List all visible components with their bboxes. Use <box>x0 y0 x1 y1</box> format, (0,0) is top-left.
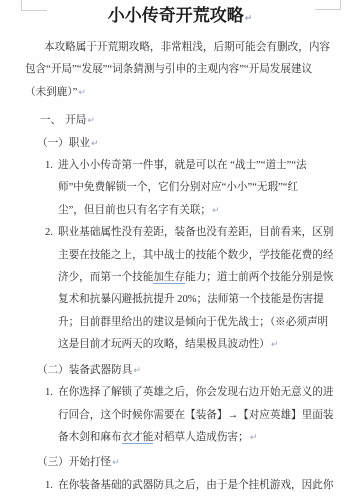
li-block: 2.职业基础属性没有差距，装备也没有差距，目前看来，区别主要在技能之上，其中战士… <box>25 222 360 356</box>
text-line: 在你选择了解锁了英雄之后，你会发现右边开始无意义的进 <box>58 382 360 404</box>
text-line: 在你装备基础的武器防具之后，由于是个挂机游戏，因此你 <box>58 475 360 497</box>
pilcrow-mark: ↵ <box>133 366 141 376</box>
pilcrow-mark: ↵ <box>250 433 258 443</box>
text-line: 济少，而第一个技能加生存能力；道士前两个技能分别是恢 <box>58 267 360 289</box>
pilcrow-mark: ↵ <box>112 458 120 468</box>
text-run: 进入小小传奇第一件事，就是可以在 “战士”“道士”“法 <box>58 160 307 171</box>
heading-text: 开局 <box>65 115 86 126</box>
text-line: 行回合，这个时候你需要在【装备】→【对应英雄】里面装 <box>58 405 360 427</box>
text-run: 在你选择了解锁了英雄之后，你会发现右边开始无意义的进 <box>58 387 333 398</box>
li-block: 1.在你选择了解锁了英雄之后，你会发现右边开始无意义的进行回合，这个时候你需要在… <box>25 382 360 449</box>
text-run: 师”中免费解锁一个，它们分别对应“小小”“无瑕”“红 <box>58 182 298 193</box>
document-title-text: 小小传奇开荒攻略 <box>108 6 244 25</box>
text-run: 本攻略属于开荒期攻略，非常粗浅，后期可能会有删改，内容 <box>44 42 330 53</box>
pilcrow-mark: ↵ <box>78 88 86 98</box>
text-boundary-mark-top-left <box>21 0 47 11</box>
list-number: 1. <box>45 155 53 177</box>
list-number: 1. <box>45 475 53 497</box>
text-line: （未到鹿）”↵ <box>25 82 360 104</box>
text-line: 本攻略属于开荒期攻略，非常粗浅，后期可能会有删改，内容 <box>25 37 360 59</box>
heading-text: （一）职业 <box>37 138 90 149</box>
text-line: 包含“开局”“发展”“词条猜测与引申的主观内容”“开局发展建议 <box>25 59 360 81</box>
pilcrow-mark: ↵ <box>87 116 95 126</box>
text-run: 职业基础属性没有差距，装备也没有差距，目前看来，区别 <box>58 227 333 238</box>
pilcrow-mark: ↵ <box>271 340 279 350</box>
h2-block: （一）职业↵ <box>37 133 360 155</box>
heading-number: 一、 <box>40 115 61 126</box>
text-line: 师”中免费解锁一个，它们分别对应“小小”“无瑕”“红 <box>58 177 360 199</box>
h1-block: 一、开局↵ <box>40 110 360 132</box>
text-boundary-mark-top-right <box>315 0 341 10</box>
pilcrow-mark: ↵ <box>91 139 99 149</box>
text-run: 行回合，这个时候你需要在【装备】→【对应英雄】里面装 <box>58 410 333 421</box>
document-page: 小小传奇开荒攻略↵ 本攻略属于开荒期攻略，非常粗浅，后期可能会有删改，内容包含“… <box>0 0 360 504</box>
text-line: 进入小小传奇第一件事，就是可以在 “战士”“道士”“法 <box>58 155 360 177</box>
heading-text: （二）装备武器防具 <box>37 365 132 376</box>
li-block: 1.进入小小传奇第一件事，就是可以在 “战士”“道士”“法师”中免费解锁一个，它… <box>25 155 360 222</box>
list-number: 2. <box>45 222 53 244</box>
para-block: 本攻略属于开荒期攻略，非常粗浅，后期可能会有删改，内容包含“开局”“发展”“词条… <box>25 37 360 104</box>
h2-block: （三）开始打怪↵ <box>37 452 360 474</box>
text-line: 升；目前群里给出的建议是倾向于优先战士；（※必须声明 <box>58 312 360 334</box>
text-line: 这是目前才玩两天的攻略，结果极具波动性）↵ <box>58 334 360 356</box>
text-line: 主要在技能之上，其中战士的技能个数少，学技能花费的经 <box>58 245 360 267</box>
underlined-text: 衣才能 <box>122 432 154 444</box>
text-run: 升；目前群里给出的建议是倾向于优先战士；（※必须声明 <box>58 317 328 328</box>
text-run: 在你装备基础的武器防具之后，由于是个挂机游戏，因此你 <box>58 480 333 491</box>
text-run: 复术和抗暴闪避抵抗提升 20%；法师第一个技能是伤害提 <box>58 294 324 305</box>
text-line: 职业基础属性没有差距，装备也没有差距，目前看来，区别 <box>58 222 360 244</box>
text-run: 对稻草人造成伤害； <box>153 432 248 443</box>
text-line: 备木剑和麻布衣才能对稻草人造成伤害；↵ <box>58 427 360 449</box>
document-title: 小小传奇开荒攻略↵ <box>0 3 360 32</box>
underlined-text: 加生存 <box>153 272 185 284</box>
text-run: 济少，而第一个技能 <box>58 272 153 283</box>
pilcrow-mark: ↵ <box>212 206 220 216</box>
text-run: 备木剑和麻布 <box>58 432 122 443</box>
text-run: 这是目前才玩两天的攻略，结果极具波动性） <box>58 339 270 350</box>
text-line: 尘”，但目前也只有名字有关联；↵ <box>58 200 360 222</box>
heading-text: （三）开始打怪 <box>37 457 111 468</box>
text-run: （未到鹿）” <box>25 87 77 98</box>
list-number: 1. <box>45 382 53 404</box>
text-run: 主要在技能之上，其中战士的技能个数少，学技能花费的经 <box>58 250 333 261</box>
h2-block: （二）装备武器防具↵ <box>37 360 360 382</box>
text-run: 尘”，但目前也只有名字有关联； <box>58 205 211 216</box>
text-line: 复术和抗暴闪避抵抗提升 20%；法师第一个技能是伤害提 <box>58 289 360 311</box>
li-block: 1.在你装备基础的武器防具之后，由于是个挂机游戏，因此你 <box>25 475 360 497</box>
pilcrow-mark: ↵ <box>245 14 253 24</box>
text-run: 能力；道士前两个技能分别是恢 <box>185 272 333 283</box>
text-run: 包含“开局”“发展”“词条猜测与引申的主观内容”“开局发展建议 <box>25 64 312 75</box>
document-body: 本攻略属于开荒期攻略，非常粗浅，后期可能会有删改，内容包含“开局”“发展”“词条… <box>25 37 360 497</box>
